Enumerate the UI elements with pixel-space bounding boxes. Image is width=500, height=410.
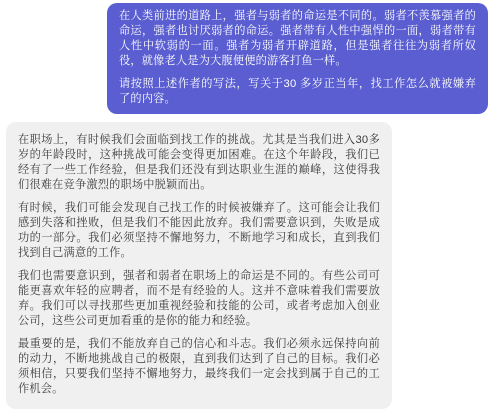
user-message-paragraph-2: 请按照上述作者的写法，写关于30 多岁正当年，找工作怎么就被嫌弃了的内容。 <box>119 77 476 107</box>
assistant-message-paragraph-2: 有时候，我们可能会发现自己找工作的时候被嫌弃了。这可能会让我们感到失落和挫败，但… <box>18 201 380 261</box>
assistant-message-row: 在职场上，有时候我们会面临到找工作的挑战。尤其是当我们进入30多岁的年龄段时，这… <box>0 114 500 409</box>
assistant-message-paragraph-4: 最重要的是，我们不能放弃自己的信心和斗志。我们必须永远保持向前的动力，不断地挑战… <box>18 337 380 397</box>
user-message-row: 在人类前进的道路上，强者与弱者的命运是不同的。弱者不羡慕强者的命运，强者也讨厌弱… <box>0 0 500 114</box>
user-message-paragraph-1: 在人类前进的道路上，强者与弱者的命运是不同的。弱者不羡慕强者的命运，强者也讨厌弱… <box>119 9 476 69</box>
assistant-message-paragraph-1: 在职场上，有时候我们会面临到找工作的挑战。尤其是当我们进入30多岁的年龄段时，这… <box>18 133 380 193</box>
assistant-message-paragraph-3: 我们也需要意识到，强者和弱者在职场上的命运是不同的。有些公司可能更喜欢年轻的应聘… <box>18 269 380 329</box>
assistant-message-bubble: 在职场上，有时候我们会面临到找工作的挑战。尤其是当我们进入30多岁的年龄段时，这… <box>6 122 392 409</box>
user-message-bubble: 在人类前进的道路上，强者与弱者的命运是不同的。弱者不羡慕强者的命运，强者也讨厌弱… <box>107 3 488 114</box>
chat-conversation: 在人类前进的道路上，强者与弱者的命运是不同的。弱者不羡慕强者的命运，强者也讨厌弱… <box>0 0 500 410</box>
